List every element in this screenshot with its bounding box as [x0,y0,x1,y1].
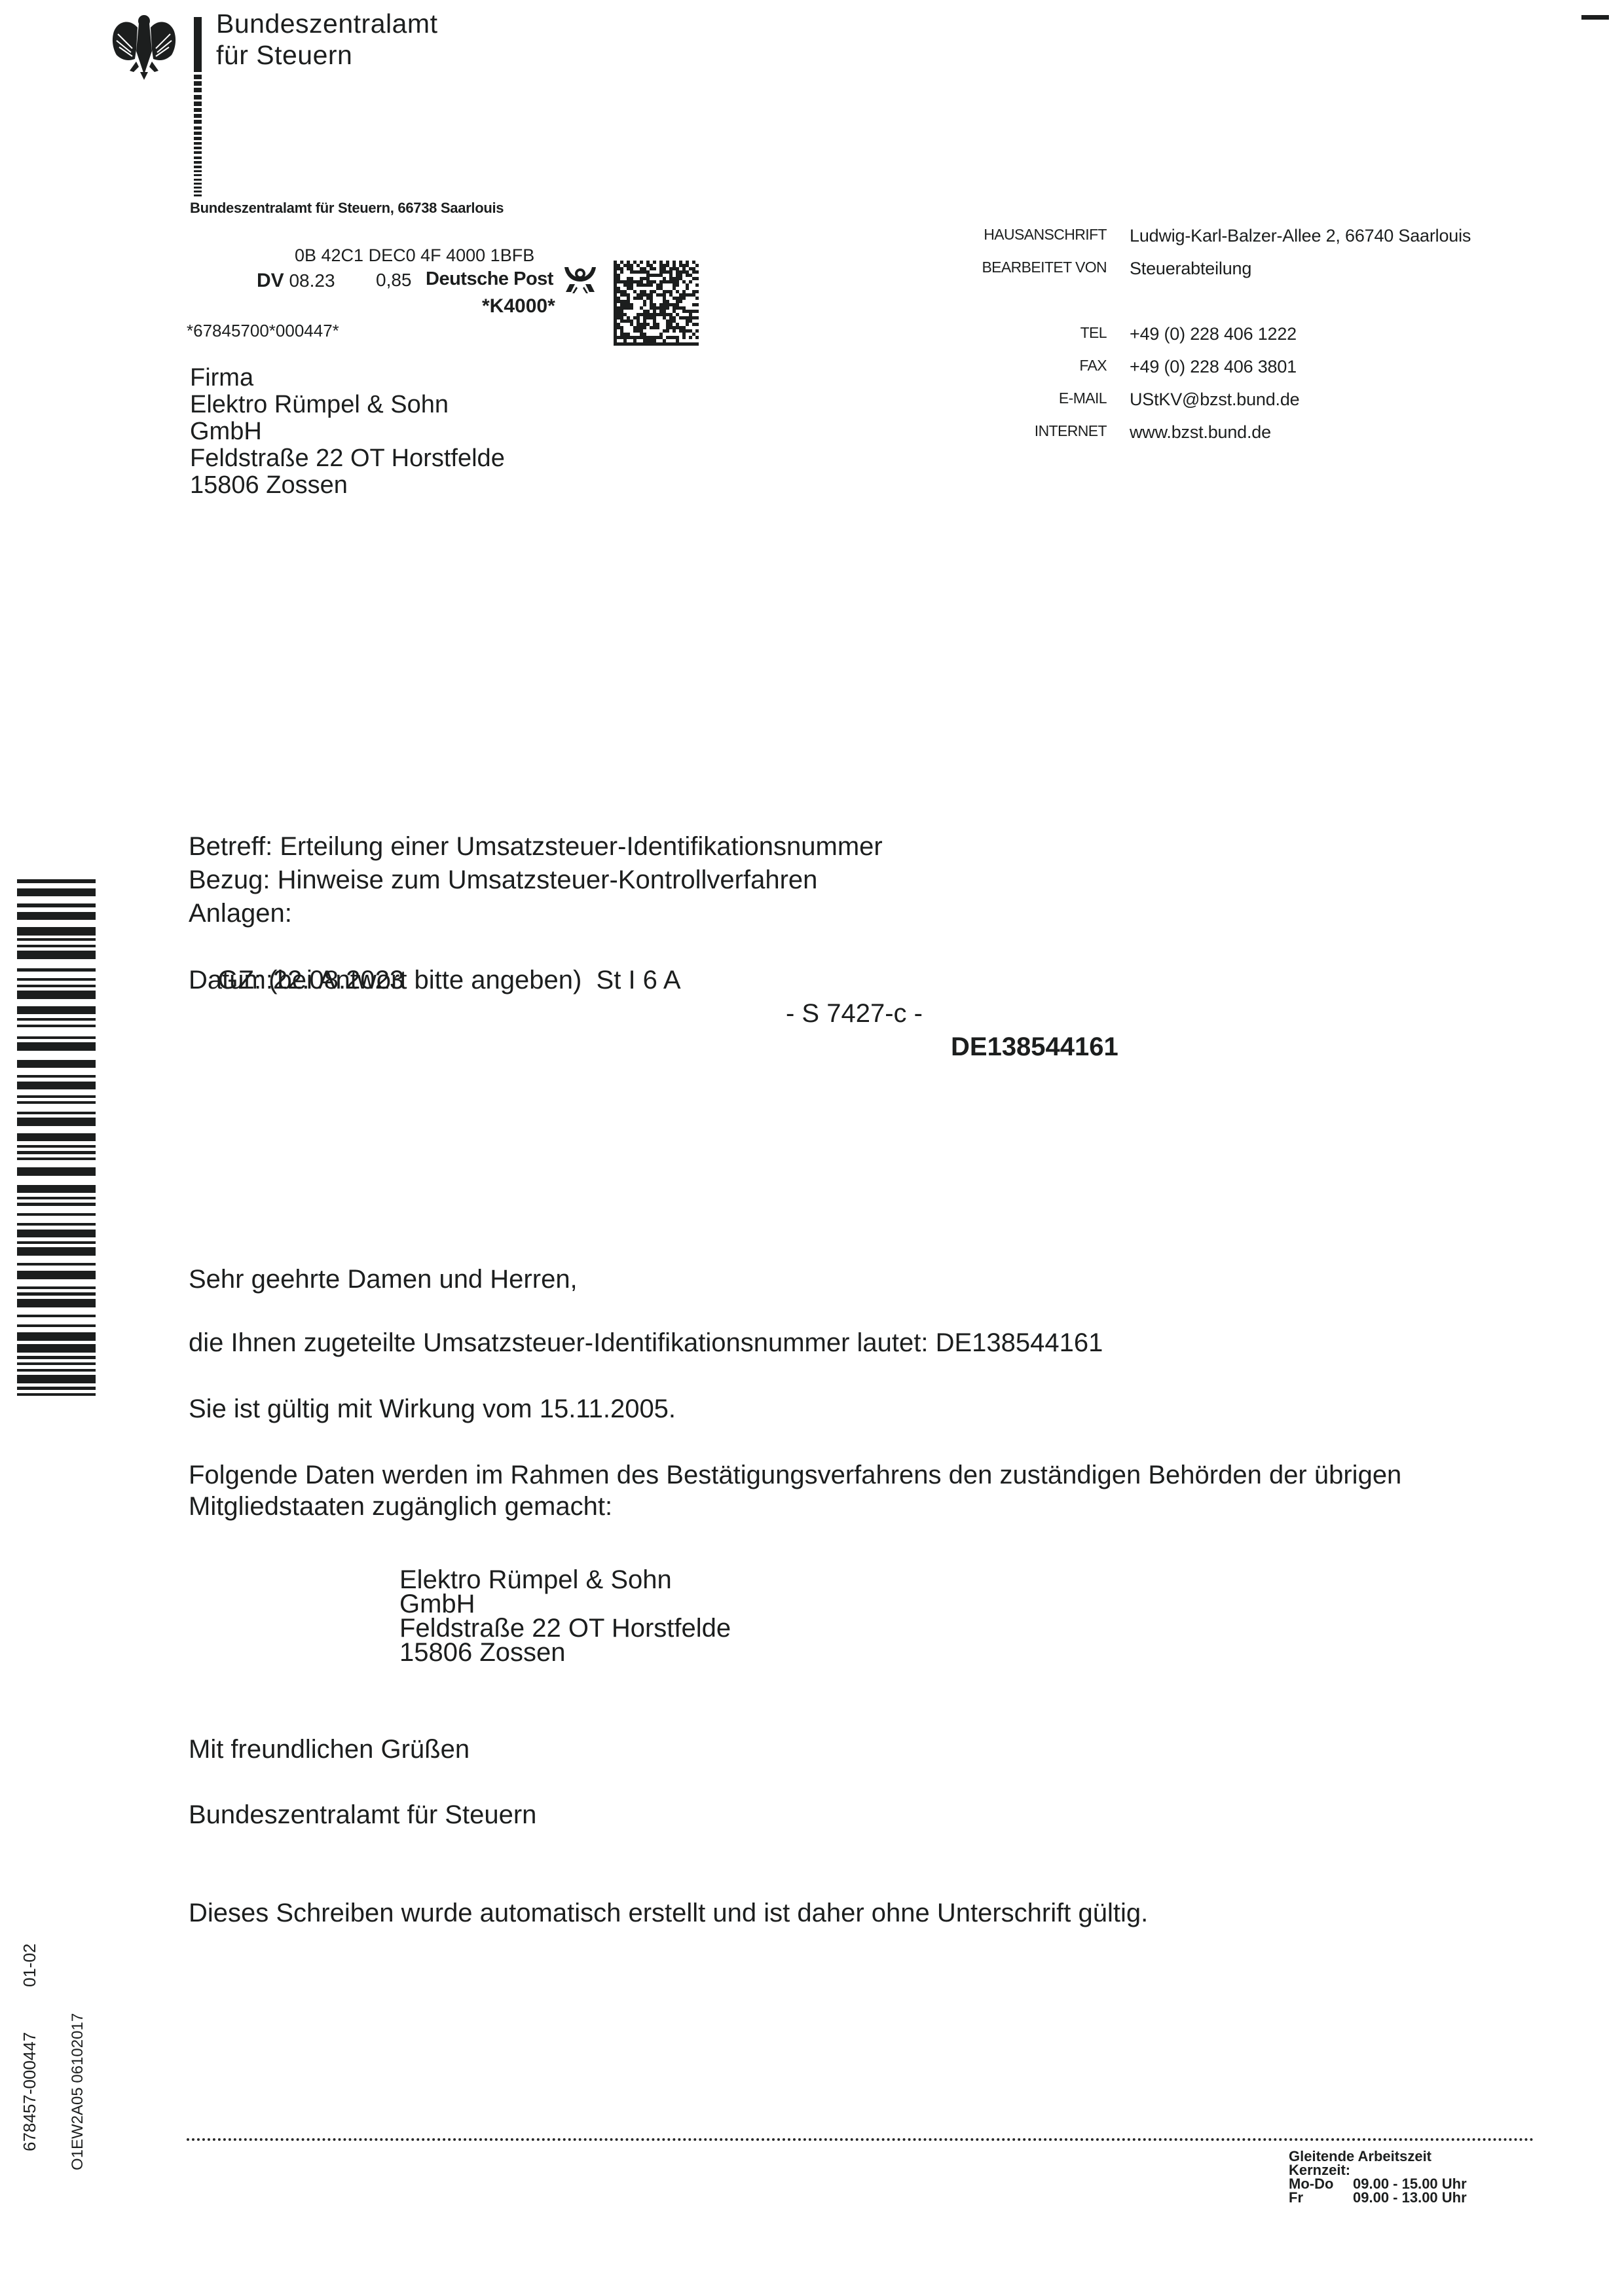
published-address-line: Elektro Rümpel & Sohn [399,1568,731,1592]
validity-sentence: Sie ist gültig mit Wirkung vom 15.11.200… [189,1393,676,1425]
recipient-address: Firma Elektro Rümpel & Sohn GmbH Feldstr… [190,365,505,499]
postage-k-code: *K4000* [482,295,555,318]
info-value-fax: +49 (0) 228 406 3801 [1130,357,1297,377]
hours-row: Mo-Do09.00 - 15.00 Uhr [1289,2177,1467,2191]
subject-gz: GZ: (bei Antwort bitte angeben) St I 6 A… [189,930,883,964]
subject-betreff: Betreff: Erteilung einer Umsatzsteuer-Id… [189,830,883,864]
margin-page-code: 01-02 [20,1944,40,1988]
postage-carrier: Deutsche Post [426,268,553,290]
margin-form-code: O1EW2A05 06102017 [69,2013,87,2170]
federal-eagle-icon [110,12,178,81]
published-address-line: GmbH [399,1592,731,1616]
salutation: Sehr geehrte Damen und Herren, [189,1264,578,1296]
info-value-address: Ludwig-Karl-Balzer-Allee 2, 66740 Saarlo… [1130,226,1471,246]
automatic-note: Dieses Schreiben wurde automatisch erste… [189,1897,1148,1929]
logo-bar [194,17,202,72]
gz-label: GZ: (bei Antwort bitte angeben) St I 6 A [217,966,680,994]
fold-mark [1581,15,1609,20]
footer-divider [187,2138,1534,2141]
subject-anlagen: Anlagen: [189,897,883,930]
info-value-processed-by: Steuerabteilung [1130,259,1251,279]
postage-dv: DV 08.23 [257,270,335,292]
vertical-barcode-icon [17,879,96,1396]
logo-dashes [194,75,202,179]
vat-id-sentence: die Ihnen zugeteilte Umsatzsteuer-Identi… [189,1327,1103,1359]
info-label-email: E-MAIL [910,390,1107,407]
published-address-line: Feldstraße 22 OT Horstfelde [399,1616,731,1641]
gz-vat-id: DE138544161 [951,1030,1118,1064]
organization-name: Bundeszentralamt für Steuern [216,8,437,71]
info-value-tel: +49 (0) 228 406 1222 [1130,324,1297,344]
info-label-tel: TEL [910,324,1107,342]
info-value-internet[interactable]: www.bzst.bund.de [1130,422,1271,443]
subject-bezug: Bezug: Hinweise zum Umsatzsteuer-Kontrol… [189,864,883,897]
data-sharing-sentence-line2: Mitgliedstaaten zugänglich gemacht: [189,1491,612,1523]
data-sharing-sentence-line1: Folgende Daten werden im Rahmen des Best… [189,1459,1401,1491]
working-hours: Gleitende Arbeitszeit Kernzeit: Mo-Do09.… [1289,2149,1467,2204]
subject-block: Betreff: Erteilung einer Umsatzsteuer-Id… [189,830,883,997]
signature: Bundeszentralamt für Steuern [189,1799,536,1831]
core-time-label: Kernzeit: [1289,2163,1467,2177]
margin-doc-number: 678457-000447 [20,2032,40,2151]
info-label-internet: INTERNET [910,422,1107,440]
hours-row: Fr09.00 - 13.00 Uhr [1289,2191,1467,2204]
info-label-processed-by: BEARBEITET VON [910,259,1107,276]
info-label-address: HAUSANSCHRIFT [910,226,1107,244]
post-horn-icon [563,264,597,296]
hours-title: Gleitende Arbeitszeit [1289,2149,1467,2163]
postage-price: 0,85 [376,270,412,291]
published-address: Elektro Rümpel & Sohn GmbH Feldstraße 22… [399,1568,731,1665]
gz-file-number: - S 7427-c - [786,997,923,1030]
postage-reference: *67845700*000447* [187,321,339,341]
postage-code: 0B 42C1 DEC0 4F 4000 1BFB [295,246,534,266]
sender-return-address: Bundeszentralamt für Steuern, 66738 Saar… [190,200,504,217]
info-value-email[interactable]: UStKV@bzst.bund.de [1130,390,1299,410]
closing: Mit freundlichen Grüßen [189,1734,470,1766]
info-label-fax: FAX [910,357,1107,374]
published-address-line: 15806 Zossen [399,1641,731,1665]
datamatrix-code-icon [614,261,699,346]
